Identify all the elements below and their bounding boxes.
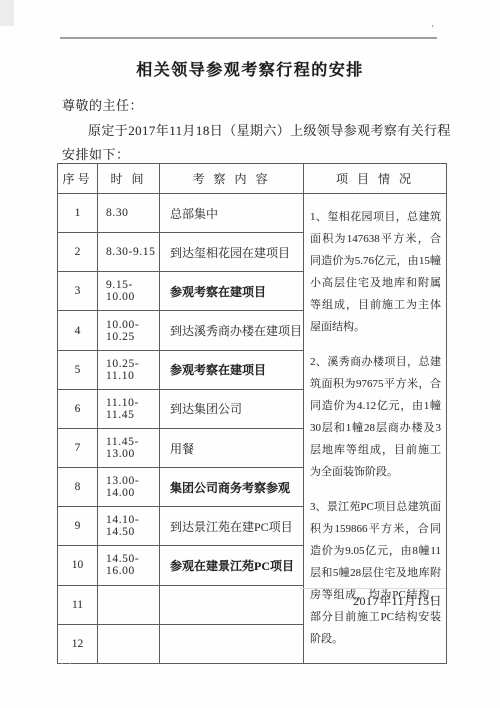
signature-rule: [300, 588, 446, 589]
table-header-row: 序号 时 间 考 察 内 容 项 目 情 况: [58, 164, 447, 194]
scan-artifact: [0, 0, 14, 26]
header-content: 考 察 内 容: [160, 164, 304, 194]
row-no: 1: [58, 194, 98, 233]
row-content: 参观在建景江苑PC项目: [160, 546, 304, 585]
intro-paragraph: 原定于2017年11月18日（星期六）上级领导参观考察有关行程: [88, 120, 451, 139]
row-no: 9: [58, 507, 98, 546]
row-no: 5: [58, 350, 98, 389]
header-no: 序号: [58, 164, 98, 194]
row-time: 10.25-11.10: [98, 350, 160, 389]
row-time: 10.00-10.25: [98, 311, 160, 350]
row-time: 13.00-14.00: [98, 468, 160, 507]
header-rule: [60, 37, 437, 39]
header-project: 项 目 情 况: [304, 164, 447, 194]
footer-mark: ；.: [60, 654, 71, 667]
project-note-3: 3、景江苑PC项目总建筑面积为159866平方米，合同造价为9.05亿元，由8幢…: [310, 496, 441, 650]
row-time: 11.10-11.45: [98, 389, 160, 428]
row-time: [98, 624, 160, 663]
row-no: 2: [58, 233, 98, 272]
row-content: 参观考察在建项目: [160, 272, 304, 311]
header-rule-mark: ’: [431, 24, 434, 35]
row-no: 8: [58, 468, 98, 507]
document-date: 2017年11月15日: [353, 592, 442, 609]
row-time: 8.30-9.15: [98, 233, 160, 272]
row-content: [160, 624, 304, 663]
row-no: 3: [58, 272, 98, 311]
intro-followup: 安排如下：: [62, 144, 130, 163]
row-content: 用餐: [160, 428, 304, 467]
row-no: 7: [58, 428, 98, 467]
row-time: 14.50-16.00: [98, 546, 160, 585]
project-note-2: 2、溪秀商办楼项目，总建筑面积为97675平方米，合同造价为4.12亿元，由1幢…: [310, 351, 441, 483]
row-time: [98, 585, 160, 624]
row-content: 到达集团公司: [160, 389, 304, 428]
row-time: 8.30: [98, 194, 160, 233]
row-content: 到达溪秀商办楼在建项目: [160, 311, 304, 350]
row-content: 到达玺相花园在建项目: [160, 233, 304, 272]
project-note-1: 1、玺相花园项目，总建筑面积为147638平方米，合同造价为5.76亿元，由15…: [310, 206, 441, 338]
row-content: 到达景江苑在建PC项目: [160, 507, 304, 546]
row-content: 参观考察在建项目: [160, 350, 304, 389]
row-no: 11: [58, 585, 98, 624]
document-page: ’ 相关领导参观考察行程的安排 尊敬的主任： 原定于2017年11月18日（星期…: [0, 0, 500, 708]
header-time: 时 间: [98, 164, 160, 194]
row-time: 9.15-10.00: [98, 272, 160, 311]
row-time: 11.45-13.00: [98, 428, 160, 467]
row-time: 14.10-14.50: [98, 507, 160, 546]
row-content: 集团公司商务考察参观: [160, 468, 304, 507]
row-no: 4: [58, 311, 98, 350]
row-content: 总部集中: [160, 194, 304, 233]
row-no: 10: [58, 546, 98, 585]
table-row: 1 8.30 总部集中 1、玺相花园项目，总建筑面积为147638平方米，合同造…: [58, 194, 447, 233]
row-no: 6: [58, 389, 98, 428]
page-title: 相关领导参观考察行程的安排: [0, 57, 500, 80]
salutation-text: 尊敬的主任：: [62, 95, 143, 114]
row-content: [160, 585, 304, 624]
